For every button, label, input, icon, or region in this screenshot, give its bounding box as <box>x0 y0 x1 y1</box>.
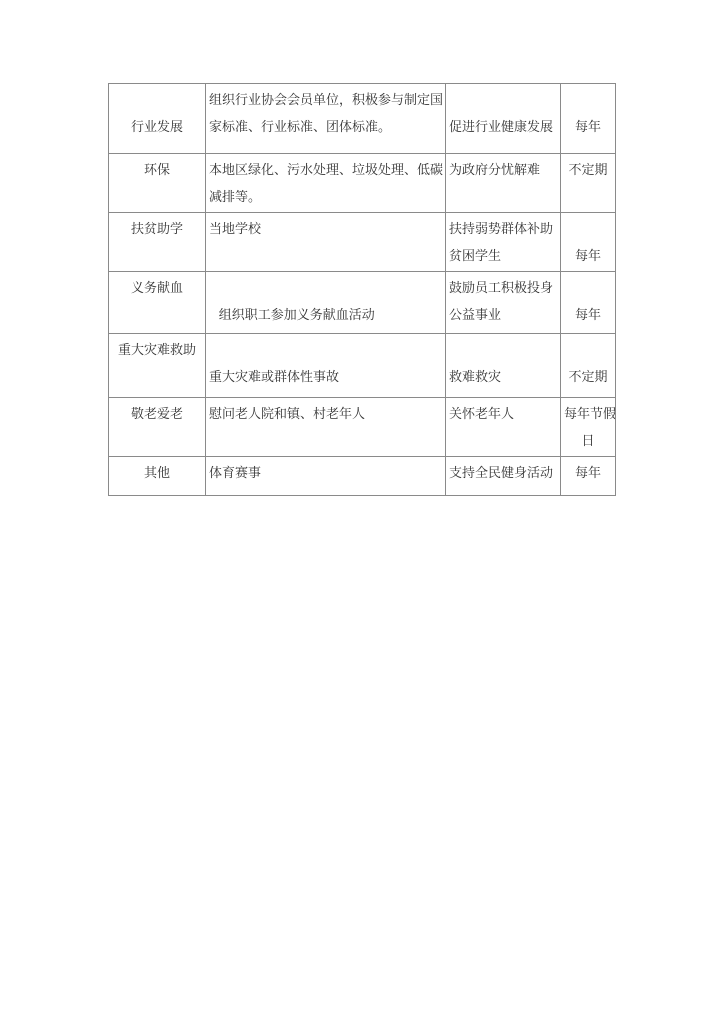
cell-category: 敬老爱老 <box>109 398 206 457</box>
cell-category: 环保 <box>109 154 206 213</box>
row-blood-donation: 义务献血 组织职工参加义务献血活动 鼓励员工积极投身 公益事业 每年 <box>109 272 616 334</box>
cell-frequency: 不定期 <box>561 154 616 213</box>
row-disaster-relief: 重大灾难救助 重大灾难或群体性事故 救难救灾 不定期 <box>109 334 616 398</box>
row-elderly-care: 敬老爱老 慰问老人院和镇、村老年人 关怀老年人 每年节假 日 <box>109 398 616 457</box>
cell-activity: 重大灾难或群体性事故 <box>206 334 446 398</box>
cell-activity: 组织行业协会会员单位，积极参与制定国 家标准、行业标准、团体标准。 <box>206 84 446 154</box>
cell-frequency: 不定期 <box>561 334 616 398</box>
cell-frequency: 每年 <box>561 213 616 272</box>
cell-category: 行业发展 <box>109 84 206 154</box>
row-others: 其他 体育赛事 支持全民健身活动 每年 <box>109 457 616 496</box>
cell-category: 扶贫助学 <box>109 213 206 272</box>
csr-activities-table: 行业发展 组织行业协会会员单位，积极参与制定国 家标准、行业标准、团体标准。 促… <box>108 83 616 496</box>
cell-purpose: 支持全民健身活动 <box>446 457 561 496</box>
cell-purpose: 扶持弱势群体补助 贫困学生 <box>446 213 561 272</box>
cell-purpose: 救难救灾 <box>446 334 561 398</box>
row-industry-development: 行业发展 组织行业协会会员单位，积极参与制定国 家标准、行业标准、团体标准。 促… <box>109 84 616 154</box>
cell-activity: 体育赛事 <box>206 457 446 496</box>
cell-category: 重大灾难救助 <box>109 334 206 398</box>
cell-purpose: 为政府分忧解难 <box>446 154 561 213</box>
cell-activity: 当地学校 <box>206 213 446 272</box>
cell-purpose: 促进行业健康发展 <box>446 84 561 154</box>
cell-purpose: 鼓励员工积极投身 公益事业 <box>446 272 561 334</box>
cell-frequency: 每年 <box>561 272 616 334</box>
cell-frequency: 每年 <box>561 457 616 496</box>
cell-purpose: 关怀老年人 <box>446 398 561 457</box>
cell-activity: 慰问老人院和镇、村老年人 <box>206 398 446 457</box>
document-page: 行业发展 组织行业协会会员单位，积极参与制定国 家标准、行业标准、团体标准。 促… <box>0 0 724 1024</box>
cell-activity: 组织职工参加义务献血活动 <box>206 272 446 334</box>
row-poverty-education-aid: 扶贫助学 当地学校 扶持弱势群体补助 贫困学生 每年 <box>109 213 616 272</box>
cell-frequency: 每年 <box>561 84 616 154</box>
row-environment: 环保 本地区绿化、污水处理、垃圾处理、低碳 减排等。 为政府分忧解难 不定期 <box>109 154 616 213</box>
cell-category: 其他 <box>109 457 206 496</box>
cell-frequency: 每年节假 日 <box>561 398 616 457</box>
cell-category: 义务献血 <box>109 272 206 334</box>
cell-activity: 本地区绿化、污水处理、垃圾处理、低碳 减排等。 <box>206 154 446 213</box>
